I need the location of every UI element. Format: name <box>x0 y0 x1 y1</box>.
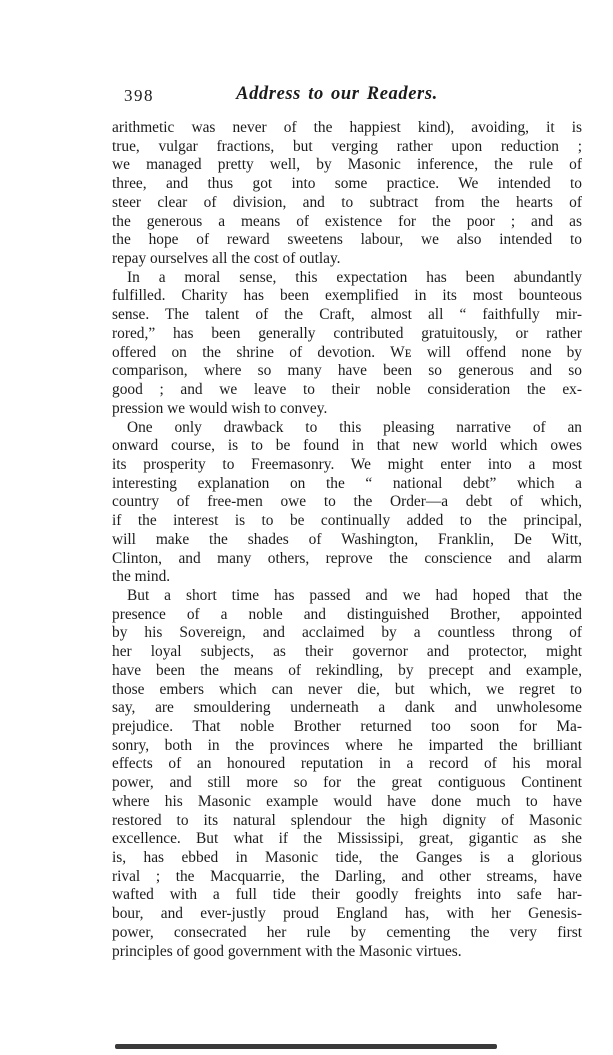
text-line: pression we would wish to convey. <box>112 400 582 419</box>
text-line: In a moral sense, this expectation has b… <box>112 269 582 288</box>
text-line: wafted with a full tide their goodly fre… <box>112 886 582 905</box>
text-line: offered on the shrine of devotion. Wᴇ wi… <box>112 344 582 363</box>
text-line: sense. The talent of the Craft, almost a… <box>112 306 582 325</box>
page-text: arithmetic was never of the happiest kin… <box>112 119 582 961</box>
text-line: arithmetic was never of the happiest kin… <box>112 119 582 138</box>
text-line: three, and thus got into some practice. … <box>112 175 582 194</box>
text-line: onward course, is to be found in that ne… <box>112 437 582 456</box>
text-line: interesting explanation on the “ nationa… <box>112 475 582 494</box>
text-line: the hope of reward sweetens labour, we a… <box>112 231 582 250</box>
scan-artifact-line <box>115 1044 497 1049</box>
text-line: sonry, both in the provinces where he im… <box>112 737 582 756</box>
text-line: the mind. <box>112 568 582 587</box>
text-line: rored,” has been generally contributed g… <box>112 325 582 344</box>
text-line: prejudice. That noble Brother returned t… <box>112 718 582 737</box>
text-line: if the interest is to be continually add… <box>112 512 582 531</box>
text-line: Clinton, and many others, reprove the co… <box>112 550 582 569</box>
text-line: those embers which can never die, but wh… <box>112 681 582 700</box>
text-line: where his Masonic example would have don… <box>112 793 582 812</box>
text-line: say, are smouldering underneath a dank a… <box>112 699 582 718</box>
text-line: effects of an honoured reputation in a r… <box>112 755 582 774</box>
book-page: 398 Address to our Readers. arithmetic w… <box>0 0 613 1055</box>
page-header: 398 Address to our Readers. <box>112 84 582 110</box>
text-line: bour, and ever-justly proud England has,… <box>112 905 582 924</box>
text-line: her loyal subjects, as their governor an… <box>112 643 582 662</box>
running-title: Address to our Readers. <box>112 84 562 105</box>
text-line: steer clear of division, and to subtract… <box>112 194 582 213</box>
text-line: we managed pretty well, by Masonic infer… <box>112 156 582 175</box>
text-line: excellence. But what if the Mississipi, … <box>112 830 582 849</box>
text-line: But a short time has passed and we had h… <box>112 587 582 606</box>
text-line: power, consecrated her rule by cementing… <box>112 924 582 943</box>
text-line: its prosperity to Freemasonry. We might … <box>112 456 582 475</box>
text-line: comparison, where so many have been so g… <box>112 362 582 381</box>
text-line: presence of a noble and distinguished Br… <box>112 606 582 625</box>
text-line: restored to its natural splendour the hi… <box>112 812 582 831</box>
text-line: have been the means of rekindling, by pr… <box>112 662 582 681</box>
text-line: fulfilled. Charity has been exemplified … <box>112 287 582 306</box>
text-line: will make the shades of Washington, Fran… <box>112 531 582 550</box>
text-line: power, and still more so for the great c… <box>112 774 582 793</box>
text-line: the generous a means of existence for th… <box>112 213 582 232</box>
text-line: by his Sovereign, and acclaimed by a cou… <box>112 624 582 643</box>
text-line: principles of good government with the M… <box>112 943 582 962</box>
text-line: is, has ebbed in Masonic tide, the Gange… <box>112 849 582 868</box>
text-line: country of free-men owe to the Order—a d… <box>112 493 582 512</box>
text-line: rival ; the Macquarrie, the Darling, and… <box>112 868 582 887</box>
text-line: good ; and we leave to their noble consi… <box>112 381 582 400</box>
text-line: true, vulgar fractions, but verging rath… <box>112 138 582 157</box>
text-line: repay ourselves all the cost of outlay. <box>112 250 582 269</box>
text-line: One only drawback to this pleasing narra… <box>112 419 582 438</box>
